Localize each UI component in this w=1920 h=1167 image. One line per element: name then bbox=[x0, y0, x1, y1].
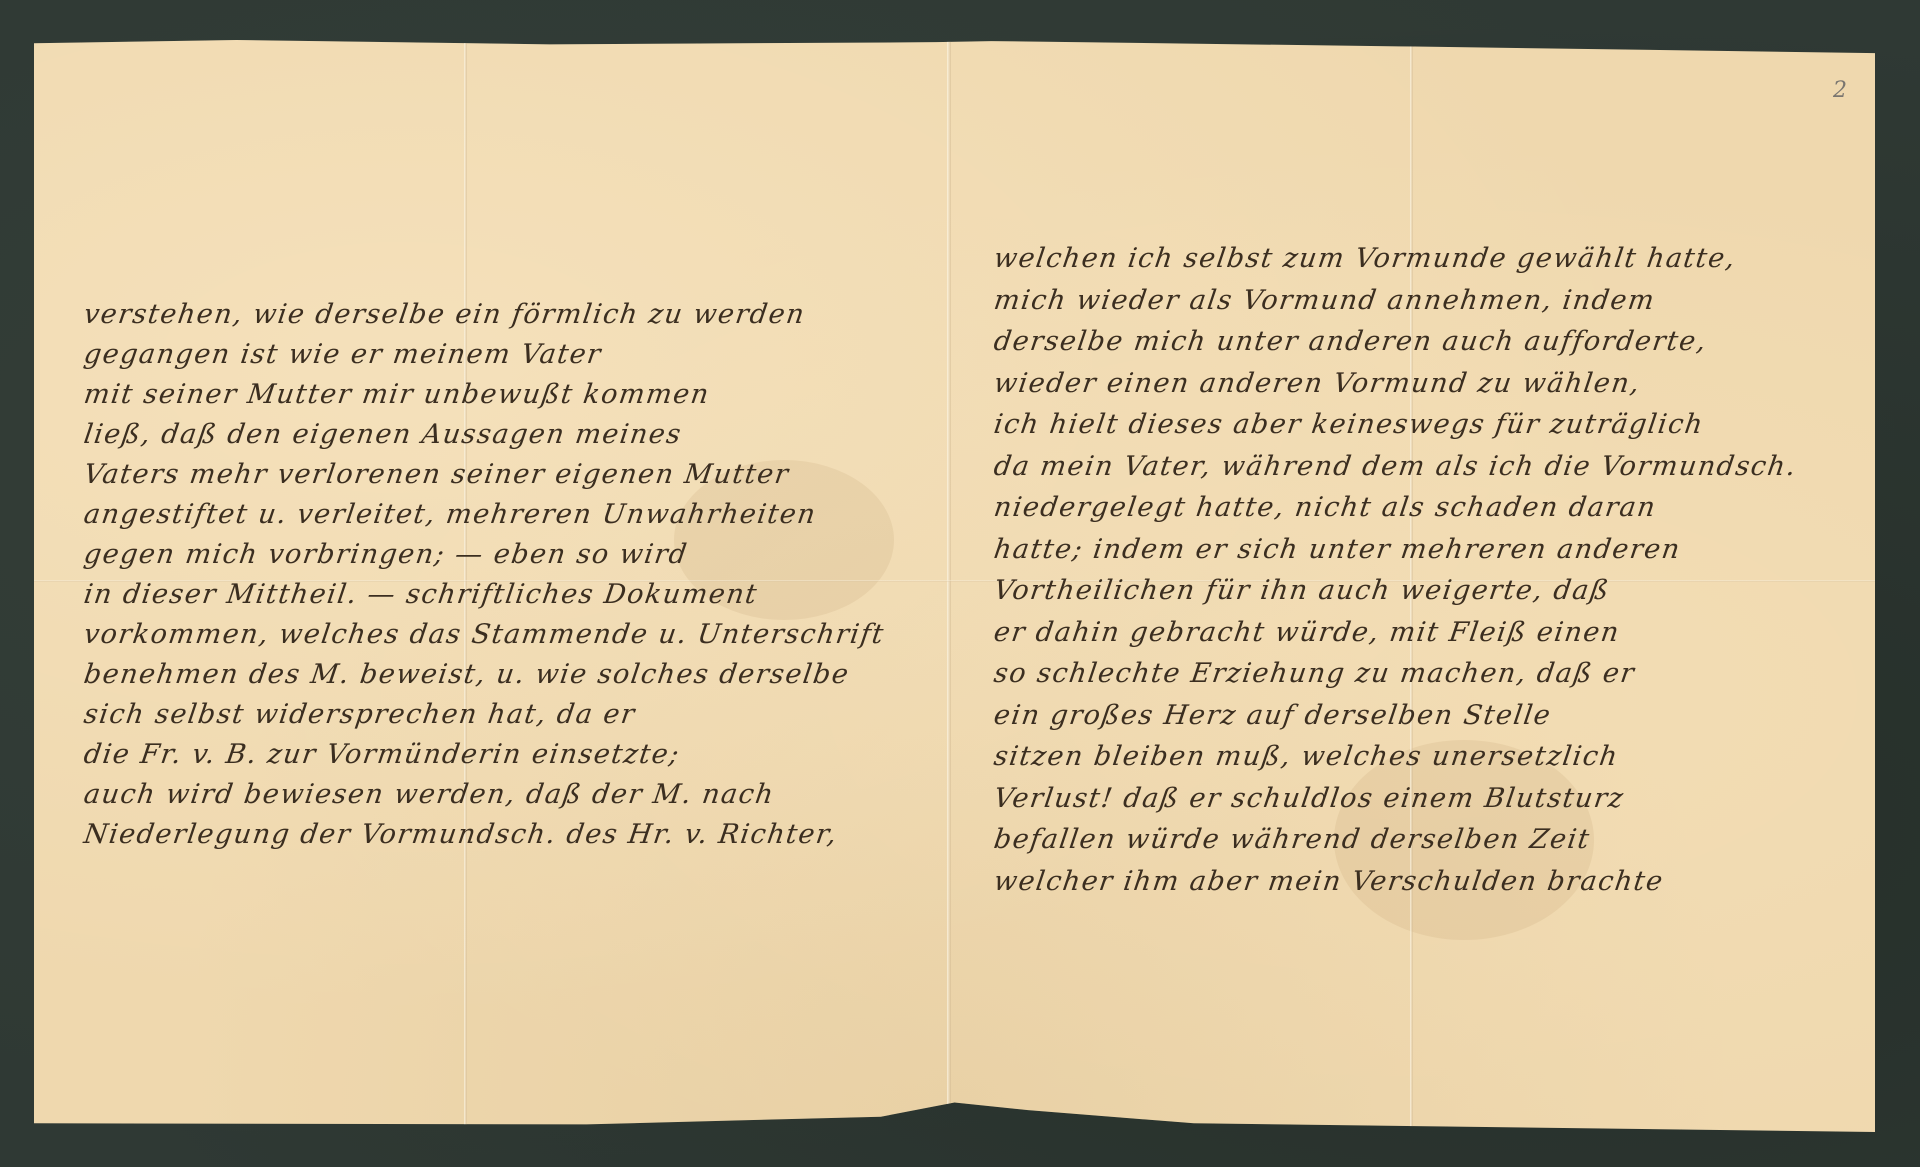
handwritten-line: ich hielt dieses aber keineswegs für zut… bbox=[991, 404, 1857, 446]
handwritten-line: auch wird bewiesen werden, daß der M. na… bbox=[81, 775, 967, 815]
handwritten-line: so schlechte Erziehung zu machen, daß er bbox=[991, 653, 1857, 695]
handwritten-line: angestiftet u. verleitet, mehreren Unwah… bbox=[81, 495, 967, 535]
handwritten-line: er dahin gebracht würde, mit Fleiß einen bbox=[991, 612, 1857, 654]
handwritten-line: vorkommen, welches das Stammende u. Unte… bbox=[81, 615, 967, 655]
handwritten-line: wieder einen anderen Vormund zu wählen, bbox=[991, 363, 1857, 405]
handwritten-line: befallen würde während derselben Zeit bbox=[991, 819, 1857, 861]
handwritten-line: Verlust! daß er schuldlos einem Blutstur… bbox=[991, 778, 1857, 820]
page-number: 2 bbox=[1833, 78, 1847, 103]
handwritten-line: Vortheilichen für ihn auch weigerte, daß bbox=[991, 570, 1857, 612]
handwritten-line: welcher ihm aber mein Verschulden bracht… bbox=[991, 861, 1857, 903]
letter-sheet: 2 verstehen, wie derselbe ein förmlich z… bbox=[34, 40, 1875, 1132]
handwritten-line: benehmen des M. beweist, u. wie solches … bbox=[81, 655, 967, 695]
handwritten-line: mich wieder als Vormund annehmen, indem bbox=[991, 280, 1857, 322]
handwritten-line: sitzen bleiben muß, welches unersetzlich bbox=[991, 736, 1857, 778]
handwritten-line: derselbe mich unter anderen auch aufford… bbox=[991, 321, 1857, 363]
handwritten-line: Niederlegung der Vormundsch. des Hr. v. … bbox=[81, 815, 967, 855]
handwritten-line: niedergelegt hatte, nicht als schaden da… bbox=[991, 487, 1857, 529]
handwritten-line: da mein Vater, während dem als ich die V… bbox=[991, 446, 1857, 488]
handwritten-line: welchen ich selbst zum Vormunde gewählt … bbox=[991, 238, 1857, 280]
left-page-text: verstehen, wie derselbe ein förmlich zu … bbox=[84, 295, 964, 855]
handwritten-line: ein großes Herz auf derselben Stelle bbox=[991, 695, 1857, 737]
handwritten-line: verstehen, wie derselbe ein förmlich zu … bbox=[81, 295, 967, 335]
handwritten-line: hatte; indem er sich unter mehreren ande… bbox=[991, 529, 1857, 571]
handwritten-line: mit seiner Mutter mir unbewußt kommen bbox=[81, 375, 967, 415]
handwritten-line: gegen mich vorbringen; — eben so wird bbox=[81, 535, 967, 575]
handwritten-line: in dieser Mittheil. — schriftliches Doku… bbox=[81, 575, 967, 615]
handwritten-line: Vaters mehr verlorenen seiner eigenen Mu… bbox=[81, 455, 967, 495]
handwritten-line: ließ, daß den eigenen Aussagen meines bbox=[81, 415, 967, 455]
handwritten-line: gegangen ist wie er meinem Vater bbox=[81, 335, 967, 375]
right-page-text: welchen ich selbst zum Vormunde gewählt … bbox=[994, 238, 1854, 902]
handwritten-line: sich selbst widersprechen hat, da er bbox=[81, 695, 967, 735]
handwritten-line: die Fr. v. B. zur Vormünderin einsetzte; bbox=[81, 735, 967, 775]
